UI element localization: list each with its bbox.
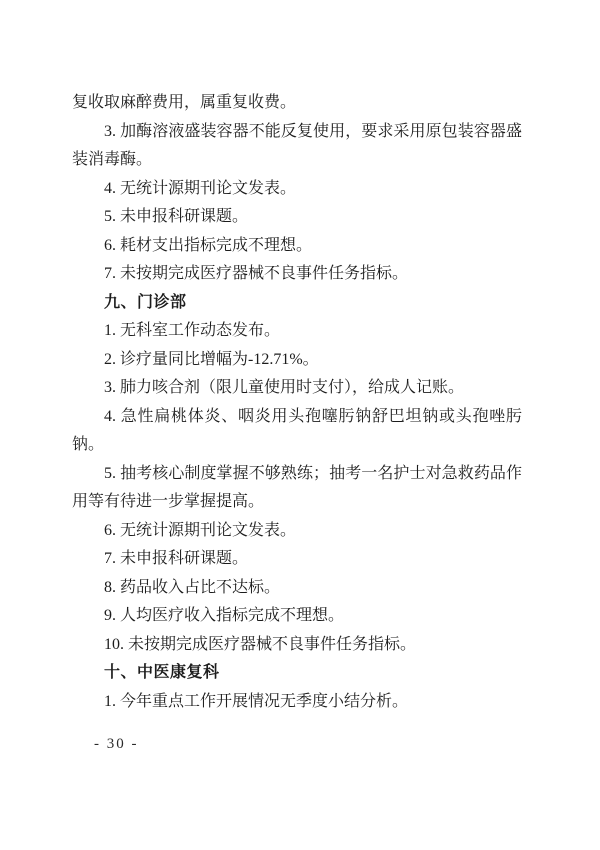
section-heading-outpatient-dept: 九、门诊部 — [72, 289, 522, 318]
paragraph-item: 5. 未申报科研课题。 — [72, 203, 522, 232]
paragraph-item: 1. 无科室工作动态发布。 — [72, 317, 522, 346]
paragraph-item: 7. 未按期完成医疗器械不良事件任务指标。 — [72, 260, 522, 289]
paragraph-item: 3. 加酶溶液盛装容器不能反复使用，要求采用原包装容器盛装消毒酶。 — [72, 118, 522, 175]
paragraph-continuation: 复收取麻醉费用，属重复收费。 — [72, 89, 522, 118]
paragraph-item: 2. 诊疗量同比增幅为-12.71%。 — [72, 346, 522, 375]
document-body: 复收取麻醉费用，属重复收费。 3. 加酶溶液盛装容器不能反复使用，要求采用原包装… — [72, 89, 522, 716]
paragraph-item: 8. 药品收入占比不达标。 — [72, 574, 522, 603]
paragraph-item: 1. 今年重点工作开展情况无季度小结分析。 — [72, 688, 522, 717]
document-page: 复收取麻醉费用，属重复收费。 3. 加酶溶液盛装容器不能反复使用，要求采用原包装… — [0, 0, 600, 850]
paragraph-item: 4. 急性扁桃体炎、咽炎用头孢噻肟钠舒巴坦钠或头孢唑肟钠。 — [72, 403, 522, 460]
paragraph-item: 5. 抽考核心制度掌握不够熟练；抽考一名护士对急救药品作用等有待进一步掌握提高。 — [72, 460, 522, 517]
paragraph-item: 7. 未申报科研课题。 — [72, 545, 522, 574]
section-heading-tcm-rehab-dept: 十、中医康复科 — [72, 659, 522, 688]
paragraph-item: 9. 人均医疗收入指标完成不理想。 — [72, 602, 522, 631]
paragraph-item: 6. 耗材支出指标完成不理想。 — [72, 232, 522, 261]
paragraph-item: 4. 无统计源期刊论文发表。 — [72, 175, 522, 204]
paragraph-item: 10. 未按期完成医疗器械不良事件任务指标。 — [72, 631, 522, 660]
paragraph-item: 3. 肺力咳合剂（限儿童使用时支付），给成人记账。 — [72, 374, 522, 403]
page-number: - 30 - — [72, 730, 522, 759]
paragraph-item: 6. 无统计源期刊论文发表。 — [72, 517, 522, 546]
